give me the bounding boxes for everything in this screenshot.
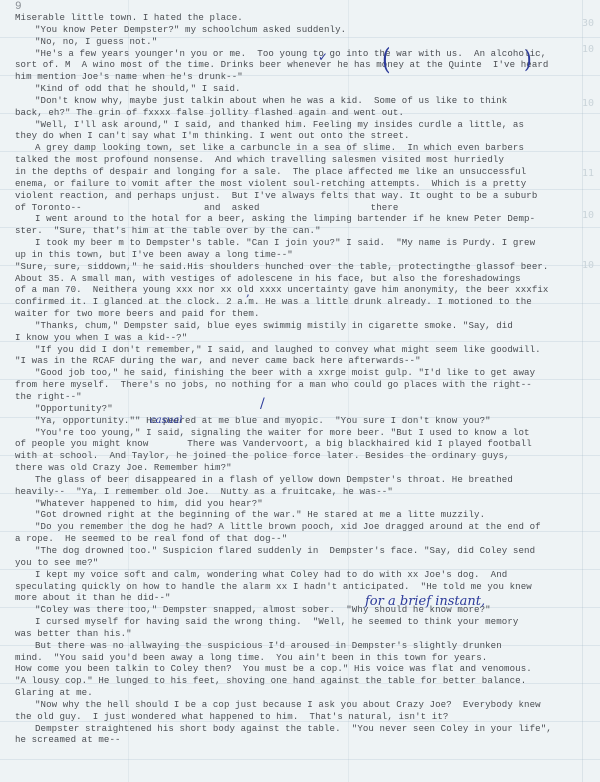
text-line: a rope. He seemed to be real fond of tha… <box>15 533 595 545</box>
text-line: I kept my voice soft and calm, wondering… <box>15 569 595 581</box>
text-line: "Ya, opportunity."" He peered at me blue… <box>15 415 595 427</box>
text-line: "Whatever happened to him, did you hear?… <box>15 498 595 510</box>
text-line: I took my beer m to Dempster's table. "C… <box>15 237 595 249</box>
text-line: "He's a few years younger'n you or me. T… <box>15 48 595 60</box>
text-line: the old guy. I just wondered what happen… <box>15 711 595 723</box>
text-line: they do when I can't say what I'm thinki… <box>15 130 595 142</box>
text-line: "Thanks, chum," Dempster said, blue eyes… <box>15 320 595 332</box>
text-line: was better than his." <box>15 628 595 640</box>
text-line: A grey damp looking town, set like a car… <box>15 142 595 154</box>
text-line: "I was in the RCAF during the war, and n… <box>15 355 595 367</box>
typewritten-page: 30 10 10 11 10 10 9 Miserable little tow… <box>0 0 600 782</box>
text-line: "Now why the hell should I be a cop just… <box>15 699 595 711</box>
text-line: heavily-- "Ya, I remember old Joe. Nutty… <box>15 486 595 498</box>
text-line: The glass of beer disappeared in a flash… <box>15 474 595 486</box>
text-line: "Opportunity?" <box>15 403 595 415</box>
text-line: "Coley was there too," Dempster snapped,… <box>15 604 595 616</box>
text-line: talked the most profound nonsense. And w… <box>15 154 595 166</box>
text-line: enema, or failure to vomit after the mos… <box>15 178 595 190</box>
text-line: from here myself. There's no jobs, no no… <box>15 379 595 391</box>
text-line: About 35. A small man, with vestiges of … <box>15 273 595 285</box>
text-line: "Don't know why, maybe just talkin about… <box>15 95 595 107</box>
text-line: confirmed it. I glanced at the clock. 2 … <box>15 296 595 308</box>
text-line: "Got drowned right at the beginning of t… <box>15 509 595 521</box>
text-line: up in this town, but I've been away a lo… <box>15 249 595 261</box>
handwritten-check-mark: ✓ <box>318 50 328 64</box>
text-line: "Do you remember the dog he had? A littl… <box>15 521 595 533</box>
text-line: I went around to the hotal for a beer, a… <box>15 213 595 225</box>
text-line: sort of. M A wino most of the time. Drin… <box>15 59 595 71</box>
text-line: "If you did I don't remember," I said, a… <box>15 344 595 356</box>
text-line: back, eh?" The grin of fxxxx false jolli… <box>15 107 595 119</box>
handwritten-note: casual <box>150 415 182 426</box>
handwritten-paren-right: ) <box>524 45 532 74</box>
text-line: I know you when I was a kid--?" <box>15 332 595 344</box>
text-line: the right--" <box>15 391 595 403</box>
text-line: waiter for two more beers and paid for t… <box>15 308 595 320</box>
handwritten-insertion-mark: , <box>246 285 250 299</box>
text-line: mind. "You said you'd been away a long t… <box>15 652 595 664</box>
text-line: with at school. And Taylor, he joined th… <box>15 450 595 462</box>
text-line: in the depths of despair and longing for… <box>15 166 595 178</box>
text-line: "Sure, sure, siddown," he said.His shoul… <box>15 261 595 273</box>
text-line: speculating quickly on how to handle the… <box>15 581 595 593</box>
text-line: How come you been talkin to Coley then? … <box>15 663 595 675</box>
text-line: I cursed myself for having said the wron… <box>15 616 595 628</box>
text-line: he screamed at me-- <box>15 734 595 746</box>
text-line: "A lousy cop." He lunged to his feet, sh… <box>15 675 595 687</box>
text-line: But there was no allwaying the suspiciou… <box>15 640 595 652</box>
text-line: "Kind of odd that he should," I said. <box>15 83 595 95</box>
text-line: "You're too young," I said, signaling th… <box>15 427 595 439</box>
text-line: "Well, I'll ask around," I said, and tha… <box>15 119 595 131</box>
text-line: of people you might know There was Vande… <box>15 438 595 450</box>
text-line: Glaring at me. <box>15 687 595 699</box>
text-line: "You know Peter Dempster?" my schoolchum… <box>15 24 595 36</box>
handwritten-insertion-mark: / <box>260 396 265 412</box>
handwritten-paren-left: ( <box>382 44 391 77</box>
text-line: Dempster straightened his short body aga… <box>15 723 595 735</box>
text-line: ster. "Sure, that's him at the table ove… <box>15 225 595 237</box>
handwritten-note: for a brief instant, <box>365 594 485 609</box>
text-line: "The dog drowned too." Suspicion flared … <box>15 545 595 557</box>
text-line: him mention Joe's name when he's drunk--… <box>15 71 595 83</box>
manuscript-text: Miserable little town. I hated the place… <box>15 12 595 746</box>
text-line: you to see me?" <box>15 557 595 569</box>
text-line: more about it than he did--" <box>15 592 595 604</box>
text-line: Miserable little town. I hated the place… <box>15 12 595 24</box>
text-line: of Toronto-- and asked there <box>15 202 595 214</box>
text-line: "No, no, I guess not." <box>15 36 595 48</box>
text-line: violent reaction, and perhaps unjust. Bu… <box>15 190 595 202</box>
text-line: there was old Crazy Joe. Remember him?" <box>15 462 595 474</box>
text-line: of a man 70. Neithera young xxx nor xx o… <box>15 284 595 296</box>
text-line: "Good job too," he said, finishing the b… <box>15 367 595 379</box>
